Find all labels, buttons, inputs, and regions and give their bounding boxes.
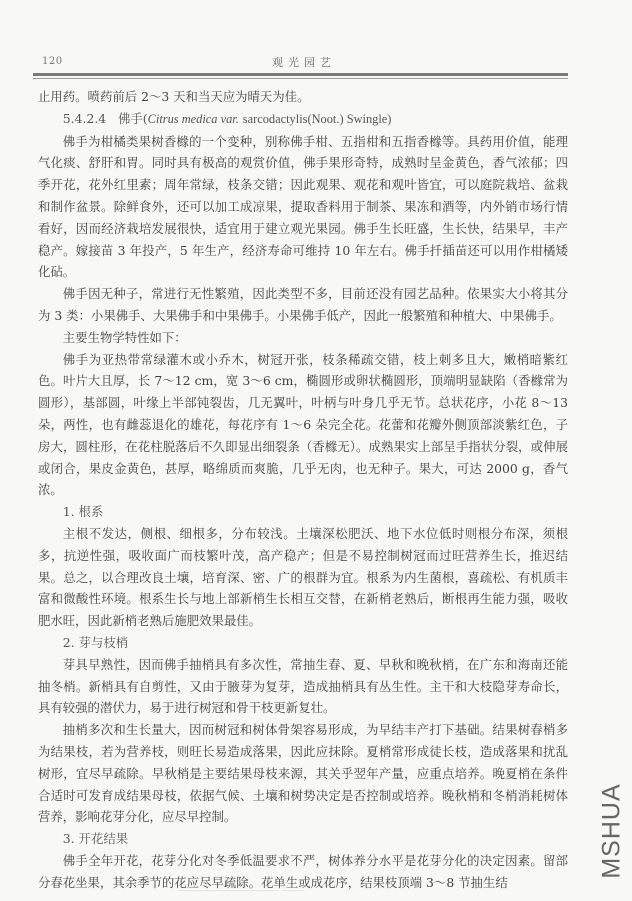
paragraph: 佛手为亚热带常绿灌木或小乔木，树冠开张，枝条稀疏交错，枝上刺多且大，嫩梢暗紫红色… (38, 349, 568, 502)
watermark-text: MSHUA (598, 783, 627, 878)
header-rule-thick (33, 73, 568, 76)
scan-artifact (178, 890, 278, 891)
body-text: 止用药。喷药前后 2～3 天和当天应为晴天为佳。 5.4.2.4 佛手(Citr… (38, 86, 568, 893)
paragraph: 主要生物学特性如下： (38, 327, 568, 349)
paragraph: 佛手因无种子，常进行无性繁殖，因此类型不多，目前还没有园艺品种。依果实大小将其分… (38, 283, 568, 327)
running-head: 120 观光园艺 (40, 52, 568, 72)
paragraph-continuation: 止用药。喷药前后 2～3 天和当天应为晴天为佳。 (38, 86, 568, 108)
scan-artifact (282, 890, 304, 891)
section-number: 5.4.2.4 (63, 111, 106, 126)
header-rule-thin (33, 78, 568, 79)
latin-name-italic: Citrus medica var. (148, 112, 239, 126)
latin-name-rest: sarcodactylis(Noot.) Swingle) (243, 112, 392, 126)
paragraph: 芽具早熟性，因而佛手抽梢具有多次性，常抽生春、夏、早秋和晚秋梢，在广东和海南还能… (38, 654, 568, 719)
paragraph: 主根不发达，侧根、细根多，分布较浅。土壤深松肥沃、地下水位低时则根分布深，须根多… (38, 523, 568, 632)
book-page: 120 观光园艺 止用药。喷药前后 2～3 天和当天应为晴天为佳。 5.4.2.… (0, 0, 632, 901)
book-title: 观光园艺 (40, 54, 568, 70)
paragraph: 佛手全年开花，花芽分化对冬季低温要求不严，树体养分水平是花芽分化的决定因素。留部… (38, 850, 568, 894)
section-heading: 5.4.2.4 佛手(Citrus medica var. sarcodacty… (38, 108, 568, 131)
paragraph: 佛手为柑橘类果树香橼的一个变种，别称佛手柑、五指柑和五指香橼等。具药用价值，能理… (38, 131, 568, 284)
paragraph: 抽梢多次和生长量大，因而树冠和树体骨架容易形成，为早结丰产打下基础。结果树春梢多… (38, 719, 568, 828)
subheading-buds-shoots: 2. 芽与枝梢 (38, 632, 568, 654)
subheading-flowering-fruiting: 3. 开花结果 (38, 828, 568, 850)
watermark: MSHUA (596, 772, 628, 890)
subheading-roots: 1. 根系 (38, 501, 568, 523)
section-name-cn: 佛手 (118, 111, 143, 126)
